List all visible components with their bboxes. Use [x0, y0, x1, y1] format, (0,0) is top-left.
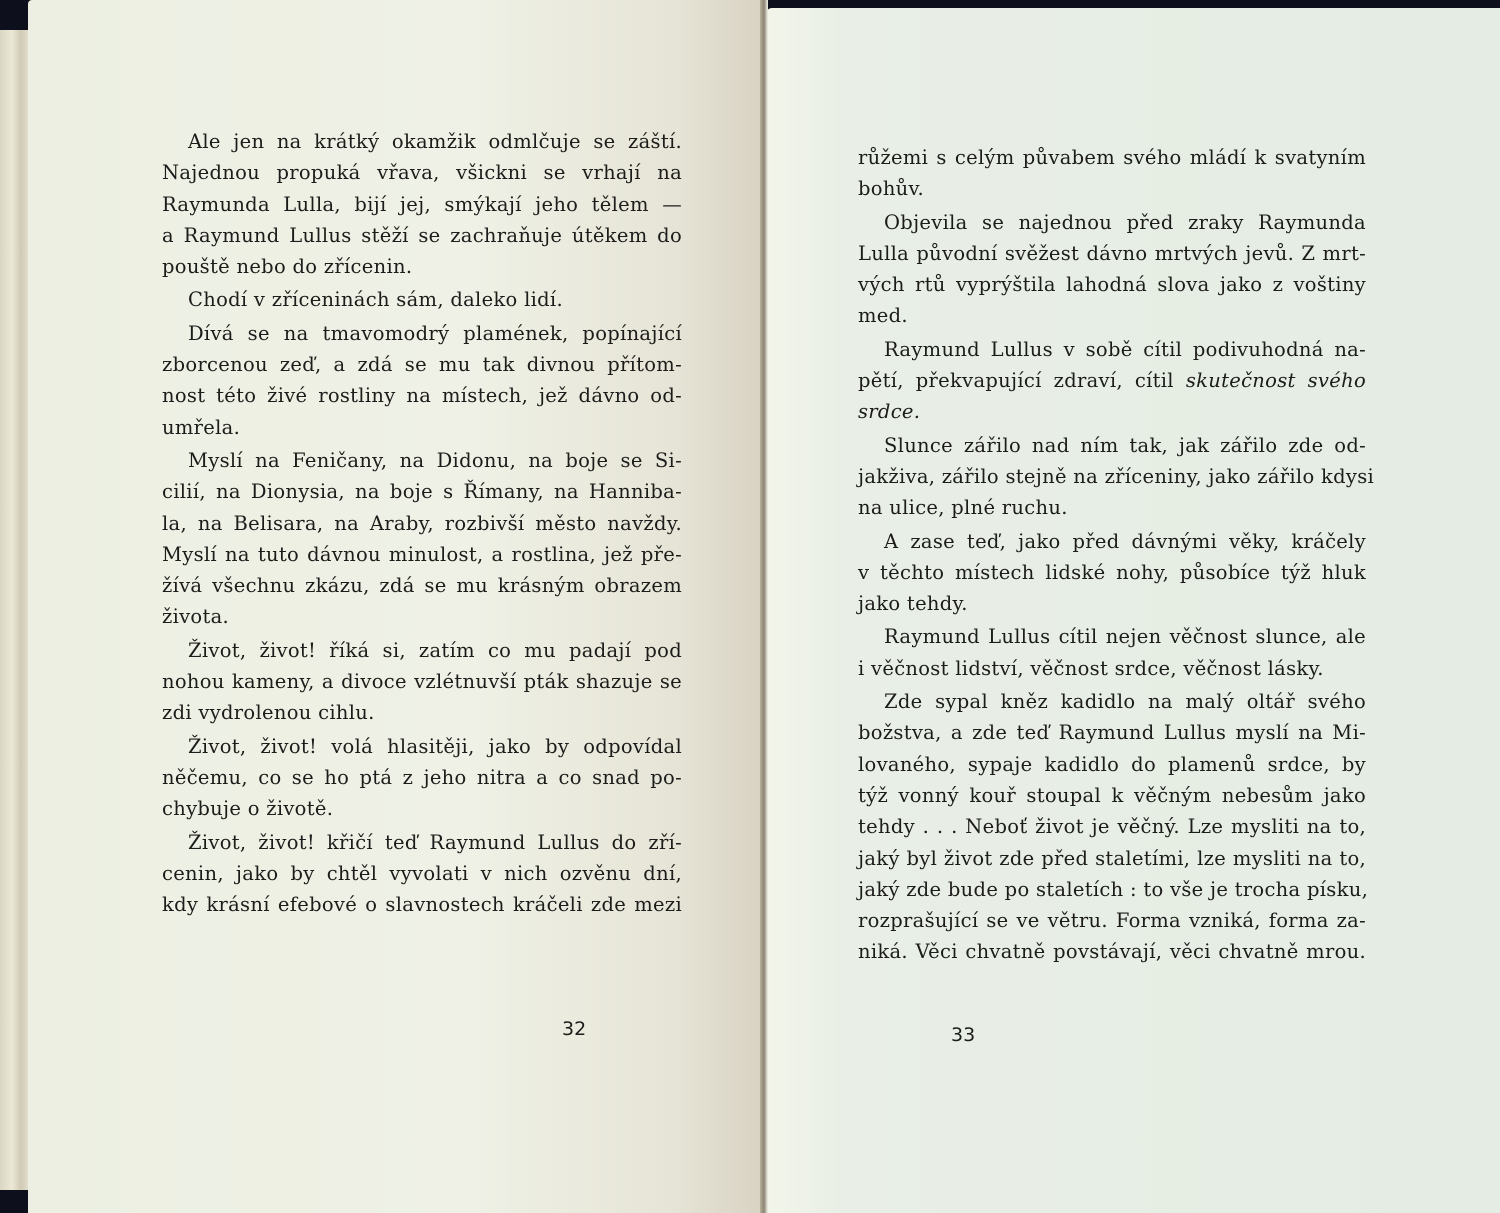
- text-line: lovaného, sypaje kadidlo do plamenů srdc…: [858, 749, 1366, 780]
- text-line: jaký zde bude po staletích : to vše je t…: [858, 874, 1366, 905]
- paragraph: Život, život! říká si, zatím co mu padaj…: [162, 635, 682, 729]
- right-page-text: růžemi s celým půvabem svého mládí k sva…: [858, 142, 1366, 970]
- text-line: Život, život! říká si, zatím co mu padaj…: [162, 635, 682, 666]
- text-line: božstva, a zde teď Raymund Lullus myslí …: [858, 717, 1366, 748]
- text-line: života.: [162, 601, 682, 632]
- paragraph: Slunce zářilo nad ním tak, jak zářilo zd…: [858, 430, 1366, 524]
- text-line: rozprašující se ve větru. Forma vzniká, …: [858, 905, 1366, 936]
- text-line: nost této živé rostliny na místech, jež …: [162, 380, 682, 411]
- paragraph: Zde sypal kněz kadidlo na malý oltář své…: [858, 686, 1366, 968]
- paragraph: A zase teď, jako před dávnými věky, kráč…: [858, 526, 1366, 620]
- text-line: srdce.: [858, 396, 1366, 427]
- text-line: Objevila se najednou před zraky Raymunda: [858, 207, 1366, 238]
- paragraph: Raymund Lullus cítil nejen věčnost slunc…: [858, 621, 1366, 684]
- text-line: něčemu, co se ho ptá z jeho nitra a co s…: [162, 762, 682, 793]
- paragraph: Raymund Lullus v sobě cítil podivuhodná …: [858, 334, 1366, 428]
- text-line: vých rtů vyprýštila lahodná slova jako z…: [858, 269, 1366, 300]
- paragraph: Život, život! křičí teď Raymund Lullus d…: [162, 827, 682, 921]
- text-line: Najednou propuká vřava, všickni se vrhaj…: [162, 157, 682, 188]
- text-line: Raymund Lullus v sobě cítil podivuhodná …: [858, 334, 1366, 365]
- paragraph: Myslí na Feničany, na Didonu, na boje se…: [162, 445, 682, 633]
- text-line: Myslí na tuto dávnou minulost, a rostlin…: [162, 539, 682, 570]
- paragraph: Život, život! volá hlasitěji, jako by od…: [162, 731, 682, 825]
- text-line: zborcenou zeď, a zdá se mu tak divnou př…: [162, 349, 682, 380]
- text-line: Slunce zářilo nad ním tak, jak zářilo zd…: [858, 430, 1366, 461]
- text-line: jakživa, zářilo stejně na zříceniny, jak…: [858, 461, 1366, 492]
- text-line: niká. Věci chvatně povstávají, věci chva…: [858, 936, 1366, 967]
- text-line: Život, život! volá hlasitěji, jako by od…: [162, 731, 682, 762]
- left-page-text: Ale jen na krátký okamžik odmlčuje se zá…: [162, 126, 682, 922]
- text-line: pětí, překvapující zdraví, cítil skutečn…: [858, 365, 1366, 396]
- italic-emphasis: skutečnost svého: [1186, 369, 1366, 392]
- text-line: Život, život! křičí teď Raymund Lullus d…: [162, 827, 682, 858]
- page-number-left: 32: [562, 1018, 586, 1040]
- text-line: Zde sypal kněz kadidlo na malý oltář své…: [858, 686, 1366, 717]
- text-line: Raymund Lullus cítil nejen věčnost slunc…: [858, 621, 1366, 652]
- text-line: růžemi s celým půvabem svého mládí k sva…: [858, 142, 1366, 173]
- text-line: na ulice, plné ruchu.: [858, 492, 1366, 523]
- text-segment: pětí, překvapující zdraví, cítil: [858, 369, 1186, 392]
- text-line: Dívá se na tmavomodrý plamének, popínají…: [162, 318, 682, 349]
- text-line: chybuje o životě.: [162, 793, 682, 824]
- text-line: bohův.: [858, 173, 1366, 204]
- page-number-right: 33: [951, 1024, 975, 1046]
- book-edge: [0, 30, 30, 1190]
- text-line: jaký byl život zde před staletími, lze m…: [858, 843, 1366, 874]
- text-line: tehdy . . . Neboť život je věčný. Lze my…: [858, 811, 1366, 842]
- text-line: cenin, jako by chtěl vyvolati v nich ozv…: [162, 858, 682, 889]
- text-line: cilií, na Dionysia, na boje s Římany, na…: [162, 476, 682, 507]
- text-line: Myslí na Feničany, na Didonu, na boje se…: [162, 445, 682, 476]
- paragraph: Objevila se najednou před zraky Raymunda…: [858, 207, 1366, 332]
- text-line: Ale jen na krátký okamžik odmlčuje se zá…: [162, 126, 682, 157]
- text-line: la, na Belisara, na Araby, rozbivší měst…: [162, 508, 682, 539]
- text-line: med.: [858, 300, 1366, 331]
- text-line: i věčnost lidství, věčnost srdce, věčnos…: [858, 653, 1366, 684]
- text-line: a Raymund Lullus stěží se zachraňuje útě…: [162, 220, 682, 251]
- text-line: umřela.: [162, 412, 682, 443]
- paragraph: Dívá se na tmavomodrý plamének, popínají…: [162, 318, 682, 443]
- text-line: jako tehdy.: [858, 588, 1366, 619]
- paragraph: růžemi s celým půvabem svého mládí k sva…: [858, 142, 1366, 205]
- text-line: Chodí v zříceninách sám, daleko lidí.: [162, 284, 682, 315]
- text-line: Lulla původní svěžest dávno mrtvých jevů…: [858, 238, 1366, 269]
- text-line: kdy krásní efebové o slavnostech kráčeli…: [162, 889, 682, 920]
- paragraph: Ale jen na krátký okamžik odmlčuje se zá…: [162, 126, 682, 282]
- text-line: Raymunda Lulla, bijí jej, smýkají jeho t…: [162, 189, 682, 220]
- text-line: nohou kameny, a divoce vzlétnuvší pták s…: [162, 666, 682, 697]
- book-gutter: [760, 0, 768, 1213]
- text-line: týž vonný kouř stoupal k věčným nebesům …: [858, 780, 1366, 811]
- text-line: pouště nebo do zřícenin.: [162, 251, 682, 282]
- italic-emphasis: srdce.: [858, 400, 920, 423]
- text-line: v těchto místech lidské nohy, působíce t…: [858, 557, 1366, 588]
- text-line: zdi vydrolenou cihlu.: [162, 697, 682, 728]
- text-line: A zase teď, jako před dávnými věky, kráč…: [858, 526, 1366, 557]
- paragraph: Chodí v zříceninách sám, daleko lidí.: [162, 284, 682, 315]
- text-line: žívá všechnu zkázu, zdá se mu krásným ob…: [162, 570, 682, 601]
